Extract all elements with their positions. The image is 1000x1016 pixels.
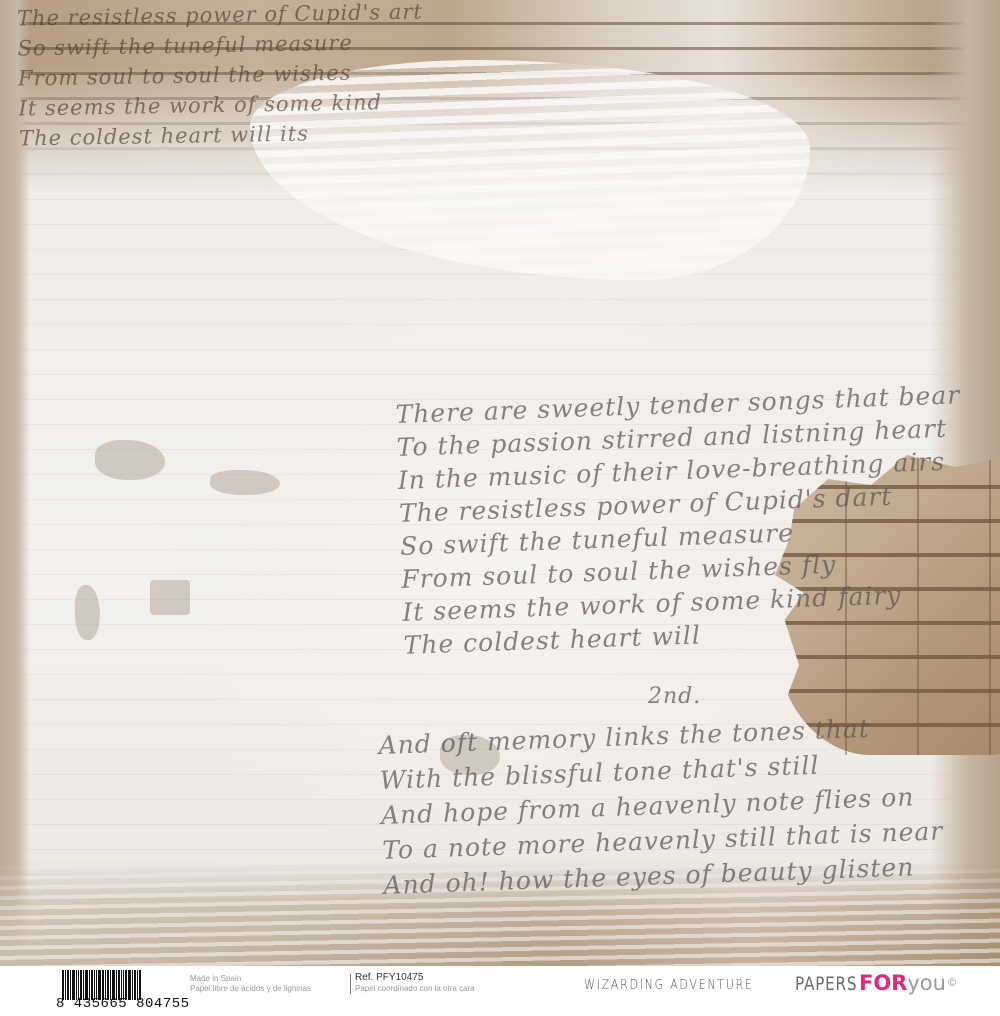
scrapbook-paper-artwork: The resistless power of Cupid's art So s… bbox=[0, 0, 1000, 966]
made-in-label: Made in Spain bbox=[190, 974, 311, 984]
script-top-block: The resistless power of Cupid's art So s… bbox=[17, 0, 425, 154]
brand-you: you bbox=[907, 972, 946, 994]
product-footer: 8 435665 804755 Made in Spain Papel libr… bbox=[0, 966, 1000, 1016]
copyright-icon: © bbox=[948, 972, 956, 994]
plaster-stain bbox=[150, 580, 190, 615]
reference-number: Ref. PFY10475 bbox=[355, 972, 423, 983]
coordinated-note: Papel coordinado con la otra cara bbox=[355, 983, 475, 994]
brand-papers: PAPERS bbox=[795, 973, 857, 995]
reference-info: Ref. PFY10475 Papel coordinado con la ot… bbox=[355, 972, 475, 994]
collection-name: WIZARDING ADVENTURE bbox=[584, 978, 754, 993]
footer-divider bbox=[350, 974, 351, 994]
plaster-stain bbox=[95, 440, 165, 480]
section-heading: 2nd. bbox=[648, 684, 701, 709]
brand-logo: PAPERS FOR you © bbox=[795, 972, 956, 995]
script-second-block: And oft memory links the tones that With… bbox=[378, 708, 945, 902]
origin-text: Made in Spain Papel libre de ácidos y de… bbox=[190, 974, 311, 994]
brand-for: FOR bbox=[859, 972, 907, 994]
script-main-block: There are sweetly tender songs that bear… bbox=[395, 378, 969, 662]
barcode-number: 8 435665 804755 bbox=[56, 996, 190, 1012]
plaster-stain bbox=[210, 470, 280, 495]
acid-free-label: Papel libre de ácidos y de ligninas bbox=[190, 984, 311, 994]
